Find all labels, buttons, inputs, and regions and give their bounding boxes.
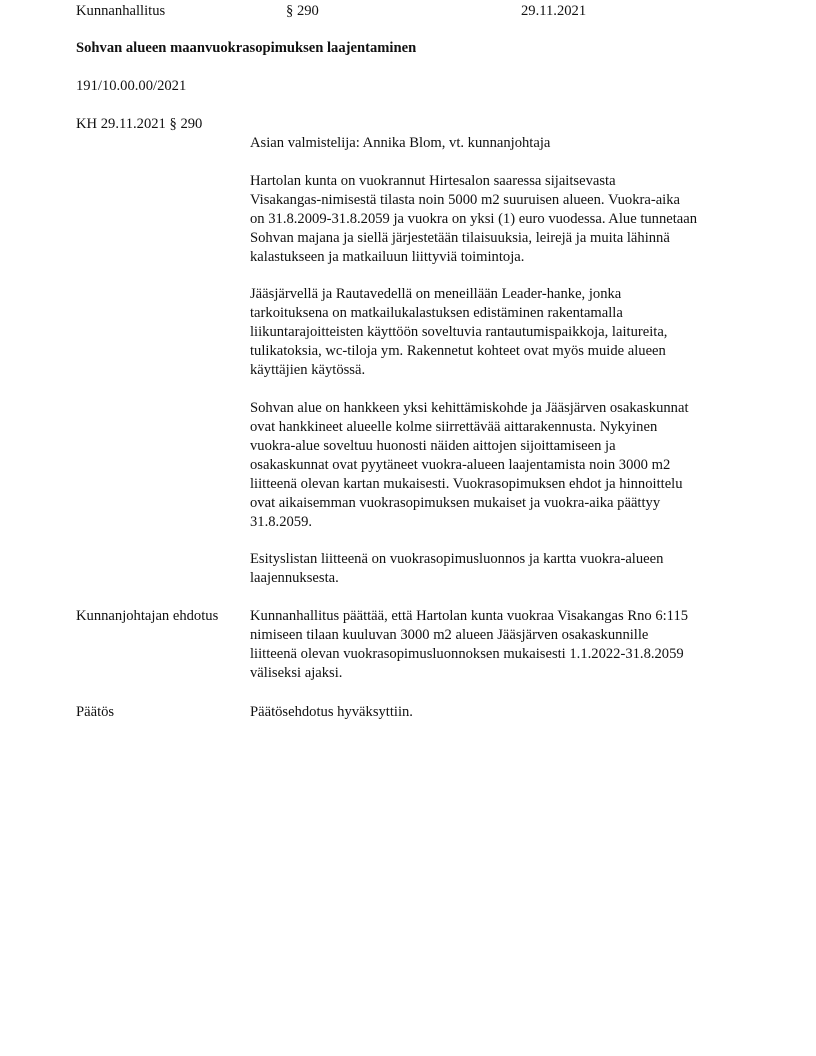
paragraph-line: Sohvan majana ja siellä järjestetään til… xyxy=(250,229,750,248)
paragraph-line: Visakangas-nimisestä tilasta noin 5000 m… xyxy=(250,191,750,210)
decision-text: Päätösehdotus hyväksyttiin. xyxy=(250,703,413,722)
paragraph-expansion-request: Sohvan alue on hankkeen yksi kehittämisk… xyxy=(250,399,750,532)
paragraph-line: osakaskunnat ovat pyytäneet vuokra-aluee… xyxy=(250,456,750,475)
proposal-line: Kunnanhallitus päättää, että Hartolan ku… xyxy=(250,607,750,626)
paragraph-attachments: Esityslistan liitteenä on vuokrasopimusl… xyxy=(250,550,750,588)
paragraph-line: laajennuksesta. xyxy=(250,569,750,588)
paragraph-line: käyttäjien käytössä. xyxy=(250,361,750,380)
meeting-reference: KH 29.11.2021 § 290 xyxy=(76,115,202,134)
header-body: Kunnanhallitus xyxy=(76,2,165,21)
decision-label: Päätös xyxy=(76,703,114,722)
paragraph-line: ovat hankkineet alueelle kolme siirrettä… xyxy=(250,418,750,437)
paragraph-line: Sohvan alue on hankkeen yksi kehittämisk… xyxy=(250,399,750,418)
document-title: Sohvan alueen maanvuokrasopimuksen laaje… xyxy=(76,39,416,58)
paragraph-line: vuokra-alue soveltuu huonosti näiden ait… xyxy=(250,437,750,456)
paragraph-line: ovat aikaisemman vuokrasopimuksen mukais… xyxy=(250,494,750,513)
record-number: 191/10.00.00/2021 xyxy=(76,77,186,96)
proposal-line: liitteenä olevan vuokrasopimusluonnoksen… xyxy=(250,645,750,664)
paragraph-line: liikuntarajoitteisten käyttöön soveltuvi… xyxy=(250,323,750,342)
paragraph-line: tarkoituksena on matkailukalastuksen edi… xyxy=(250,304,750,323)
proposal-line: väliseksi ajaksi. xyxy=(250,664,750,683)
header-date: 29.11.2021 xyxy=(521,2,586,21)
paragraph-line: on 31.8.2009-31.8.2059 ja vuokra on yksi… xyxy=(250,210,750,229)
paragraph-line: 31.8.2059. xyxy=(250,513,750,532)
header-section: § 290 xyxy=(286,2,319,21)
paragraph-background: Hartolan kunta on vuokrannut Hirtesalon … xyxy=(250,172,750,267)
paragraph-line: kalastukseen ja matkailuun liittyviä toi… xyxy=(250,248,750,267)
paragraph-line: tulikatoksia, wc-tiloja ym. Rakennetut k… xyxy=(250,342,750,361)
proposal-label: Kunnanjohtajan ehdotus xyxy=(76,607,218,626)
paragraph-line: Jääsjärvellä ja Rautavedellä on meneillä… xyxy=(250,285,750,304)
proposal-text: Kunnanhallitus päättää, että Hartolan ku… xyxy=(250,607,750,683)
proposal-line: nimiseen tilaan kuuluvan 3000 m2 alueen … xyxy=(250,626,750,645)
preparer-line: Asian valmistelija: Annika Blom, vt. kun… xyxy=(250,134,550,153)
paragraph-leader-project: Jääsjärvellä ja Rautavedellä on meneillä… xyxy=(250,285,750,380)
paragraph-line: Hartolan kunta on vuokrannut Hirtesalon … xyxy=(250,172,750,191)
paragraph-line: Esityslistan liitteenä on vuokrasopimusl… xyxy=(250,550,750,569)
paragraph-line: liitteenä olevan kartan mukaisesti. Vuok… xyxy=(250,475,750,494)
